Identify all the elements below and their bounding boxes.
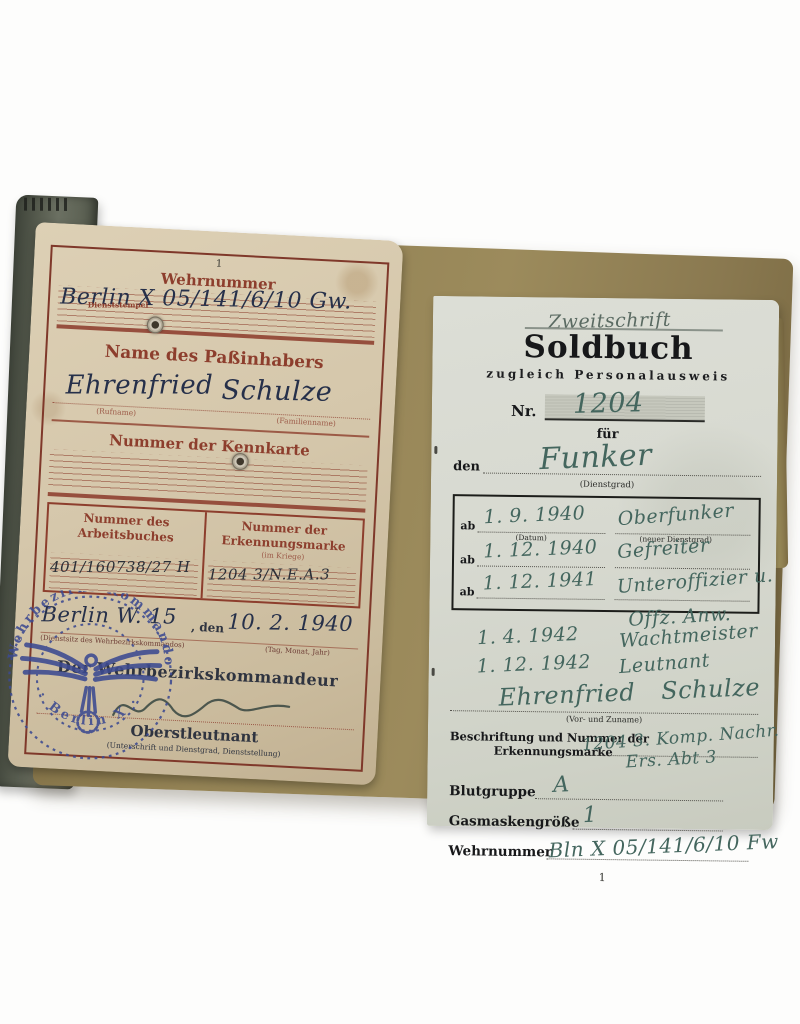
promotion-row: ab 1. 9. 1940 (Datum) Oberfunker (neuer … [460,506,750,536]
staple-mark [432,668,435,676]
dotted-line [573,828,723,831]
rank-line: Gefreiter [615,541,750,570]
gasmaske-label: Gasmaskengröße [449,813,580,831]
promotion-date-handwritten: 1. 12. 1941 [482,567,597,594]
ruled-entry-lines: 1204 3/N.E.A.3 [207,560,357,606]
erkennungsmarke-block: Beschriftung und Nummer der Erkennungsma… [449,729,757,775]
wehrnummer-label: Wehrnummer [448,843,552,860]
blutgruppe-label: Blutgruppe [449,783,536,800]
rank-handwritten: Funker [539,437,653,476]
nr-handwritten: 1204 [572,387,643,420]
service-stamp: Wehrbezirks-Kommando · Berlin X · [0,587,181,768]
blutgruppe-handwritten: A [553,772,570,798]
date-line: 1. 12. 1940 [477,539,605,568]
first-name-handwritten: Ehrenfried [66,371,214,401]
binding-marks [24,198,70,211]
arbeitsbuch-handwritten: 401/160738/27 H [50,558,190,576]
promotion-extra-row: 1. 4. 1942 Wachtmeister [451,624,759,654]
name-entry-line: Ehrenfried Schulze [450,684,758,715]
gasmaske-handwritten: 1 [582,802,597,828]
date-handwritten: 10. 2. 1940 [227,610,353,636]
nr-hatched-box: 1204 [544,394,704,422]
nr-row: Nr. 1204 [454,389,762,423]
erkennungsmarke-cell: Nummer der Erkennungsmarke (im Kriege) 1… [201,512,363,606]
arbeitsbuch-cell: Nummer des Arbeitsbuches 401/160738/27 H [45,504,205,598]
erkennungsmarke-handwritten: 1204 3/N.E.A.3 [208,566,330,584]
staple-mark [434,446,437,454]
vor-und-zuname-sublabel: (Vor- und Zuname) [450,713,758,726]
rufname-label: (Rufname) [96,406,136,417]
soldbuch-subtitle: zugleich Personalausweis [454,366,762,384]
gasmaske-row: Gasmaskengröße 1 [449,807,757,835]
rank-line: Oberfunker (neuer Dienstgrad) [615,507,750,536]
soldbuch-title: Soldbuch [454,330,762,366]
wehrnummer-row: Wehrnummer Bln X 05/141/6/10 Fw [448,837,756,865]
promotion-row: ab 1. 12. 1940 Gefreiter [460,540,750,570]
date-line: 1. 9. 1940 (Datum) [477,505,605,534]
dienstgrad-sublabel: (Dienstgrad) [453,478,761,492]
page-number: 1 [448,869,756,886]
promotion-date-handwritten: 1. 12. 1940 [483,535,598,562]
promotion-rank-handwritten: Unteroffizier u. [616,564,774,598]
den-label: , den [191,620,225,636]
dotted-line [535,798,723,801]
den-row: den Funker [453,448,761,480]
promotion-date-handwritten: 1. 4. 1942 [477,623,580,649]
rank-line: Unteroffizier u. [614,573,749,602]
blutgruppe-row: Blutgruppe A [449,777,757,805]
familienname-label: (Familienname) [276,416,336,428]
ab-label: ab [460,519,475,532]
promotion-row: ab 1. 12. 1941 Unteroffizier u. [460,572,750,602]
promotion-date-handwritten: 1. 9. 1940 [483,502,586,528]
right-page: Zweitschrift Soldbuch zugleich Personala… [427,296,779,830]
dienststempel-printed-label: Dienststempel [88,300,149,309]
photo-scene: 1 Wehrnummer Berlin X 05/141/6/10 Gw. Na… [0,0,800,1024]
date-line: 1. 12. 1941 [476,571,604,600]
ab-label: ab [460,585,475,598]
last-name-handwritten: Schulze [221,375,332,408]
right-page-content: Zweitschrift Soldbuch zugleich Personala… [449,308,763,820]
den-label: den [453,459,480,474]
promotion-date-handwritten: 1. 12. 1942 [476,650,591,677]
zweitschrift-note-row: Zweitschrift [455,308,763,334]
left-page: 1 Wehrnummer Berlin X 05/141/6/10 Gw. Na… [7,222,403,786]
promotion-box: ab 1. 9. 1940 (Datum) Oberfunker (neuer … [451,494,760,614]
promotion-rank-handwritten: Leutnant [618,649,711,678]
promotion-rank-handwritten: Oberfunker [617,499,735,530]
wehrnummer-handwritten: Bln X 05/141/6/10 Fw [548,829,779,862]
nr-label: Nr. [511,401,537,419]
ab-label: ab [460,553,475,566]
promotion-rank-handwritten: Gefreiter [616,534,710,563]
